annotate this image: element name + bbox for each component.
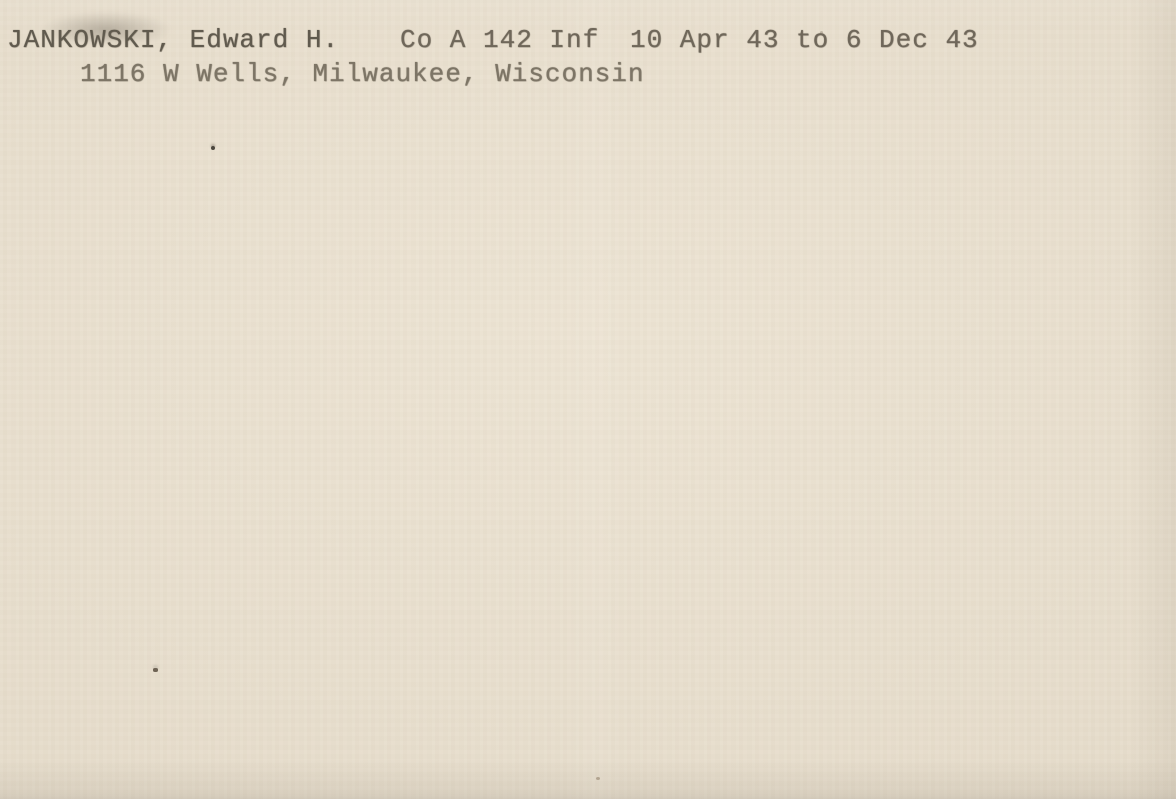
dust-speck [211,146,215,150]
soldier-name: JANKOWSKI, Edward H. [7,27,339,53]
home-address: 1116 W Wells, Milwaukee, Wisconsin [80,61,645,87]
scanner-light-band [565,0,625,799]
military-unit: Co A 142 Inf [400,27,599,53]
service-dates: 10 Apr 43 to 6 Dec 43 [630,27,979,53]
dust-speck [153,668,158,672]
dust-speck [596,777,600,780]
index-card: JANKOWSKI, Edward H. Co A 142 Inf 10 Apr… [0,0,1176,799]
